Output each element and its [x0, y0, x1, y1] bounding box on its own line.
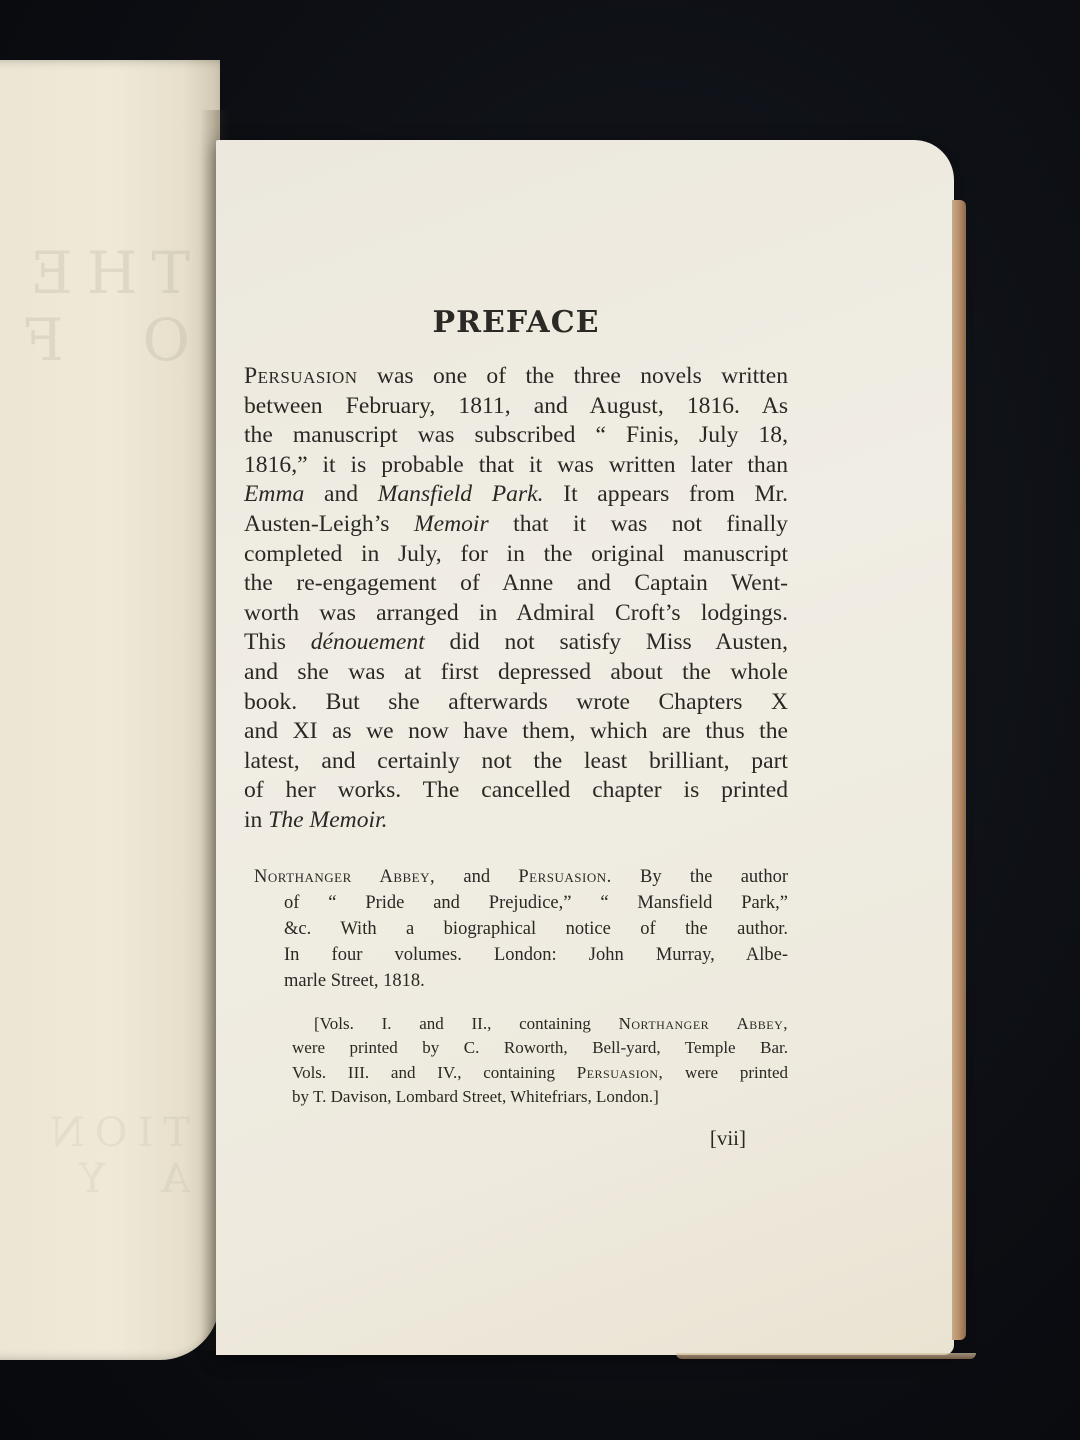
- text-line: and XI as we now have them, which are th…: [244, 717, 788, 747]
- text-line: worth was arranged in Admiral Croft’s lo…: [244, 599, 788, 629]
- biblio-line: of “ Pride and Prejudice,” “ Mansfield P…: [244, 890, 788, 916]
- page-number: [vii]: [244, 1126, 788, 1151]
- italic-title: The Memoir.: [268, 807, 387, 833]
- page-content: PREFACE Persuasion was one of the three …: [244, 305, 788, 1151]
- left-page-show-through-text: THE CON O F A: [0, 240, 190, 373]
- biblio-line: marle Street, 1818.: [244, 968, 788, 994]
- right-page: PREFACE Persuasion was one of the three …: [216, 140, 954, 1355]
- text-line: the re-engagement of Anne and Captain We…: [244, 569, 788, 599]
- text-line: Emma and Mansfield Park. It appears from…: [244, 480, 788, 510]
- text-line: latest, and certainly not the least bril…: [244, 747, 788, 777]
- printer-note: [Vols. I. and II., containing Northanger…: [244, 1012, 788, 1110]
- italic-title: Emma: [244, 481, 304, 507]
- text-line: the manuscript was subscribed “ Finis, J…: [244, 421, 788, 451]
- text-line: of her works. The cancelled chapter is p…: [244, 776, 788, 806]
- page-title: PREFACE: [244, 305, 788, 340]
- text-line: and she was at first depressed about the…: [244, 658, 788, 688]
- text-line: book. But she afterwards wrote Chapters …: [244, 688, 788, 718]
- note-line: by T. Davison, Lombard Street, Whitefria…: [292, 1085, 788, 1110]
- small-caps-title: Persuasion: [244, 363, 358, 389]
- left-page: THE CON O F A TION A Y: [0, 60, 220, 1360]
- left-page-show-through-lower: TION A Y: [0, 1110, 190, 1202]
- text-line: completed in July, for in the original m…: [244, 540, 788, 570]
- text-line: Persuasion was one of the three novels w…: [244, 362, 788, 392]
- biblio-line: In four volumes. London: John Murray, Al…: [244, 942, 788, 968]
- biblio-line: &c. With a biographical notice of the au…: [244, 916, 788, 942]
- note-line: were printed by C. Roworth, Bell-yard, T…: [292, 1036, 788, 1061]
- photo-scene: THE CON O F A TION A Y PREFACE Persuasio…: [0, 0, 1080, 1440]
- italic-word: dénouement: [311, 629, 425, 655]
- text-line: between February, 1811, and August, 1816…: [244, 392, 788, 422]
- note-line: [Vols. I. and II., containing Northanger…: [292, 1012, 788, 1037]
- preface-paragraph: Persuasion was one of the three novels w…: [244, 362, 788, 836]
- biblio-line: Northanger Abbey, and Persuasion. By the…: [244, 864, 788, 890]
- italic-title: Memoir: [414, 511, 489, 537]
- text-line: in The Memoir.: [244, 806, 788, 836]
- page-bottom-edge: [676, 1353, 976, 1359]
- text-line: This dénouement did not satisfy Miss Aus…: [244, 628, 788, 658]
- text-line: 1816,” it is probable that it was writte…: [244, 451, 788, 481]
- bibliographic-entry: Northanger Abbey, and Persuasion. By the…: [244, 864, 788, 994]
- note-line: Vols. III. and IV., containing Persuasio…: [292, 1061, 788, 1086]
- page-fore-edge: [952, 200, 966, 1340]
- text-line: Austen-Leigh’s Memoir that it was not fi…: [244, 510, 788, 540]
- italic-title: Mansfield Park.: [378, 481, 544, 507]
